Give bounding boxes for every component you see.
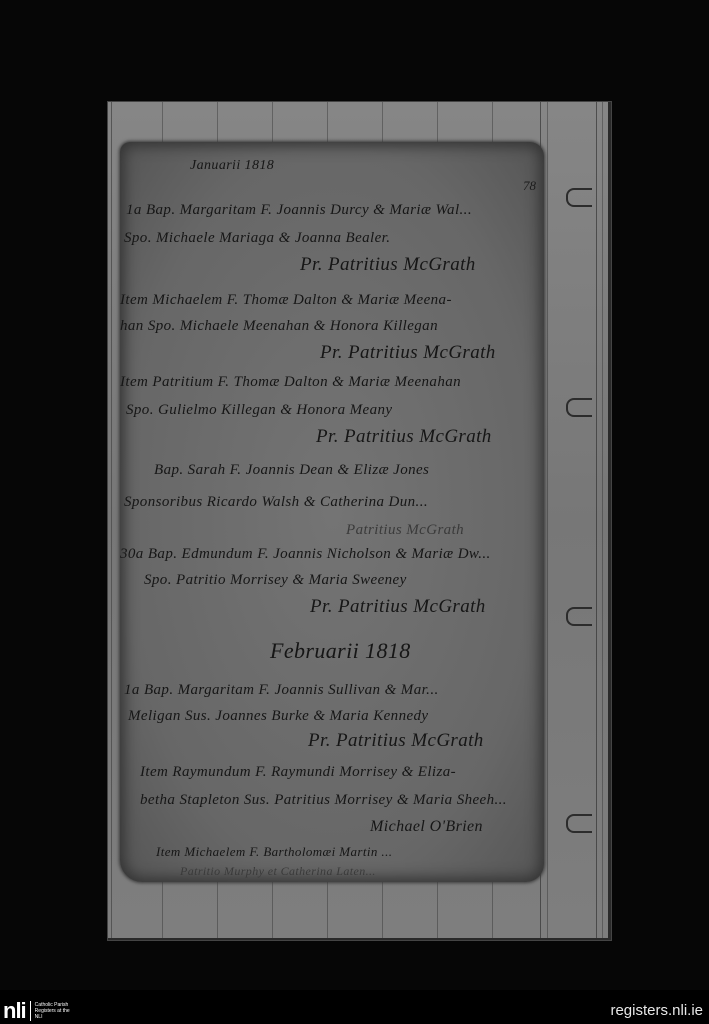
entry-line: Item Raymundum F. Raymundi Morrisey & El… (140, 764, 456, 781)
logo-divider (30, 1001, 31, 1021)
nli-logo[interactable]: nli Catholic Parish Registers at the NLI (3, 1000, 75, 1022)
entry-line: Item Michaelem F. Thomæ Dalton & Mariæ M… (120, 292, 452, 309)
entry-line: Item Patritium F. Thomæ Dalton & Mariæ M… (120, 374, 461, 391)
entry-line: Meligan Sus. Joannes Burke & Maria Kenne… (128, 708, 429, 725)
priest-signature: Patritius McGrath (346, 522, 464, 539)
logo-text: Catholic Parish Registers at the NLI (35, 1002, 75, 1020)
entry-line: Spo. Gulielmo Killegan & Honora Meany (126, 402, 392, 419)
priest-signature: Michael O'Brien (370, 818, 483, 836)
logo-mark: nli (3, 1000, 26, 1022)
priest-signature: Pr. Patritius McGrath (320, 342, 496, 364)
entry-line: han Spo. Michaele Meenahan & Honora Kill… (120, 318, 438, 335)
entry-line: 30a Bap. Edmundum F. Joannis Nicholson &… (120, 546, 491, 563)
binder-ring-icon (566, 188, 592, 207)
entry-line: betha Stapleton Sus. Patritius Morrisey … (140, 792, 507, 809)
priest-signature: Pr. Patritius McGrath (308, 730, 484, 752)
footer-bar (0, 990, 709, 1024)
binder-ring-icon (566, 607, 592, 626)
month-heading: Februarii 1818 (270, 638, 411, 664)
priest-signature: Pr. Patritius McGrath (310, 596, 486, 618)
month-heading: Januarii 1818 (190, 158, 274, 174)
entry-line: Patritio Murphy et Catherina Laten... (180, 864, 376, 879)
entry-line: Item Michaelem F. Bartholomæi Martin ... (156, 844, 392, 860)
entry-line: Sponsoribus Ricardo Walsh & Catherina Du… (124, 494, 428, 511)
entry-line: Bap. Sarah F. Joannis Dean & Elizæ Jones (154, 462, 429, 479)
page-number: 78 (523, 178, 536, 194)
sheet-edge (111, 102, 112, 938)
register-page: 78 Januarii 1818 1a Bap. Margaritam F. J… (120, 142, 544, 882)
margin-line (596, 102, 597, 938)
entry-line: 1a Bap. Margaritam F. Joannis Sullivan &… (124, 682, 439, 699)
entry-line: Spo. Michaele Mariaga & Joanna Bealer. (124, 230, 390, 247)
priest-signature: Pr. Patritius McGrath (300, 254, 476, 276)
entry-line: Spo. Patritio Morrisey & Maria Sweeney (144, 572, 407, 589)
entry-line: 1a Bap. Margaritam F. Joannis Durcy & Ma… (126, 202, 472, 219)
binder-ring-icon (566, 398, 592, 417)
site-link[interactable]: registers.nli.ie (610, 1002, 703, 1019)
priest-signature: Pr. Patritius McGrath (316, 426, 492, 448)
image-viewer: 78 Januarii 1818 1a Bap. Margaritam F. J… (0, 0, 709, 990)
binder-ring-icon (566, 814, 592, 833)
